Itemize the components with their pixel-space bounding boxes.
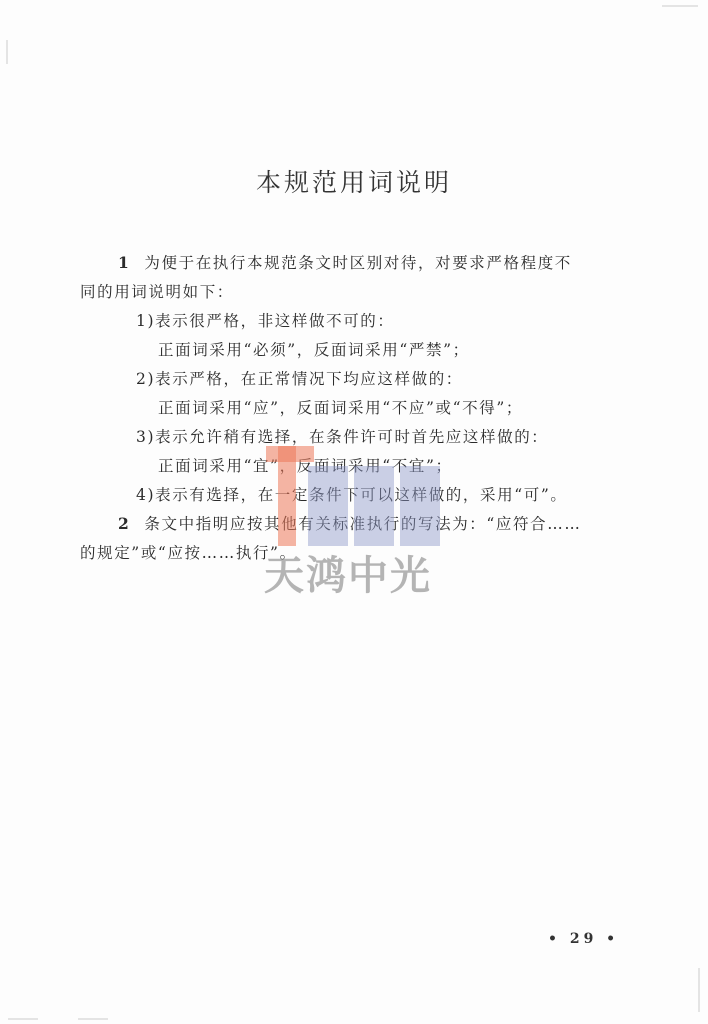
- watermark-logo-z: [354, 466, 394, 546]
- list-item-2-detail: 正面词采用“应”，反面词采用“不应”或“不得”；: [158, 398, 523, 418]
- list-item-4: 4)表示有选择，在一定条件下可以这样做的，采用“可”。: [136, 485, 567, 505]
- clause-2-line-1: 2条文中指明应按其他有关标准执行的写法为：“应符合……: [118, 514, 581, 534]
- list-item-1: 1)表示很严格，非这样做不可的：: [136, 311, 395, 331]
- scan-artifact: [698, 968, 700, 1012]
- list-item-1-detail: 正面词采用“必须”，反面词采用“严禁”；: [158, 340, 470, 360]
- document-page: 本规范用词说明 1为便于在执行本规范条文时区别对待，对要求严格程度不 同的用词说…: [0, 0, 708, 1024]
- list-item-3: 3)表示允许稍有选择，在条件许可时首先应这样做的：: [136, 427, 548, 447]
- list-item-2: 2)表示严格，在正常情况下均应这样做的：: [136, 369, 463, 389]
- clause-1-line-1: 1为便于在执行本规范条文时区别对待，对要求严格程度不: [118, 253, 572, 273]
- scan-artifact: [8, 1018, 38, 1020]
- clause-text: 为便于在执行本规范条文时区别对待，对要求严格程度不: [144, 254, 572, 272]
- watermark-logo-g: [400, 466, 440, 546]
- list-item-3-detail: 正面词采用“宜”，反面词采用“不宜”；: [158, 456, 453, 476]
- scan-artifact: [6, 40, 8, 64]
- watermark-logo-h: [308, 466, 348, 546]
- watermark: 天鸿中光: [258, 428, 448, 588]
- page-title: 本规范用词说明: [0, 163, 708, 199]
- clause-number: 1: [118, 253, 130, 272]
- clause-1-line-2: 同的用词说明如下：: [80, 282, 234, 302]
- page-number: • 29 •: [548, 931, 619, 947]
- clause-number: 2: [118, 514, 130, 533]
- clause-text: 条文中指明应按其他有关标准执行的写法为：“应符合……: [144, 515, 581, 533]
- scan-artifact: [662, 5, 698, 7]
- scan-artifact: [78, 1018, 108, 1020]
- clause-2-line-2: 的规定”或“应按……执行”。: [80, 543, 297, 563]
